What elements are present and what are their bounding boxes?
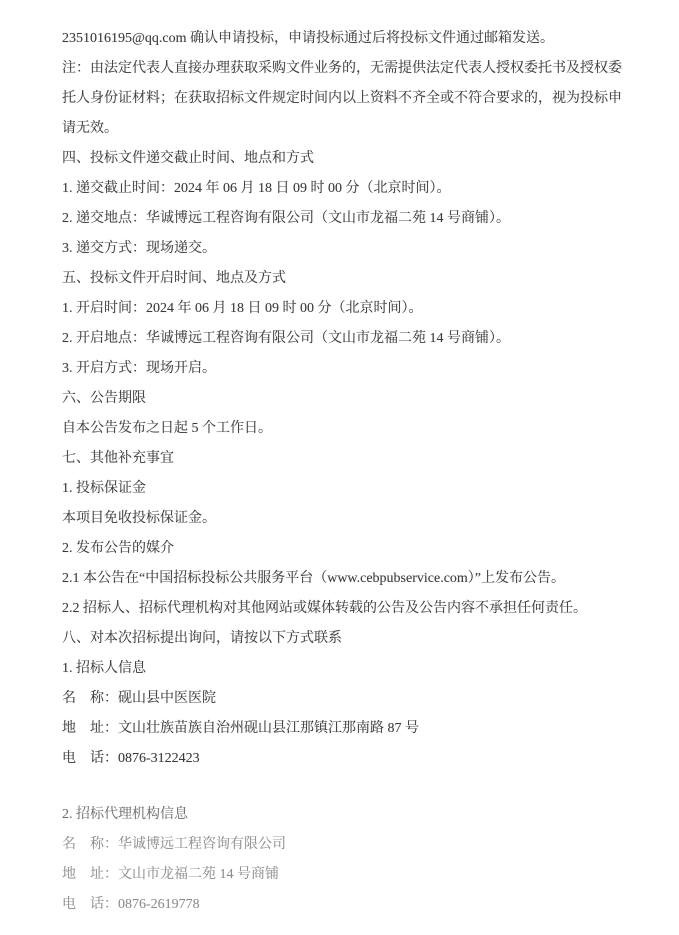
tenderer-address-line: 地 址：文山壮族苗族自治州砚山县江那镇江那南路 87 号 — [62, 714, 623, 744]
agency-info-block: 2. 招标代理机构信息 名 称：华诚博远工程咨询有限公司 地 址：文山市龙福二苑… — [62, 800, 623, 920]
submission-location-line: 2. 递交地点：华诚博远工程咨询有限公司（文山市龙福二苑 14 号商铺）。 — [62, 204, 623, 234]
submission-deadline-line: 1. 递交截止时间：2024 年 06 月 18 日 09 时 00 分（北京时… — [62, 174, 623, 204]
preamble-email-line: 2351016195@qq.com 确认申请投标，申请投标通过后将投标文件通过邮… — [62, 24, 623, 54]
submission-method-line: 3. 递交方式：现场递交。 — [62, 234, 623, 264]
opening-location-line: 2. 开启地点：华诚博远工程咨询有限公司（文山市龙福二苑 14 号商铺）。 — [62, 324, 623, 354]
section-opening: 五、投标文件开启时间、地点及方式 1. 开启时间：2024 年 06 月 18 … — [62, 264, 623, 384]
section-supplementary: 七、其他补充事宜 1. 投标保证金 本项目免收投标保证金。 2. 发布公告的媒介… — [62, 444, 623, 624]
tenderer-phone-line: 电 话：0876-3122423 — [62, 744, 623, 774]
tenderer-name-line: 名 称：砚山县中医医院 — [62, 684, 623, 714]
section-contact: 八、对本次招标提出询问，请按以下方式联系 1. 招标人信息 名 称：砚山县中医医… — [62, 624, 623, 920]
bid-bond-body: 本项目免收投标保证金。 — [62, 504, 623, 534]
preamble: 2351016195@qq.com 确认申请投标，申请投标通过后将投标文件通过邮… — [62, 24, 623, 144]
bid-bond-title: 1. 投标保证金 — [62, 474, 623, 504]
agency-name-line: 名 称：华诚博远工程咨询有限公司 — [62, 830, 623, 860]
tender-notice-page: 2351016195@qq.com 确认申请投标，申请投标通过后将投标文件通过邮… — [0, 0, 679, 935]
note-line-1: 注：由法定代表人直接办理获取采购文件业务的，无需提供法定代表人授权委托书及授权委 — [62, 54, 623, 84]
agency-phone-line: 电 话：0876-2619778 — [62, 890, 623, 920]
section-announcement-period-heading: 六、公告期限 — [62, 384, 623, 414]
section-submission: 四、投标文件递交截止时间、地点和方式 1. 递交截止时间：2024 年 06 月… — [62, 144, 623, 264]
tenderer-info-title: 1. 招标人信息 — [62, 654, 623, 684]
agency-info-title: 2. 招标代理机构信息 — [62, 800, 623, 830]
publish-media-title: 2. 发布公告的媒介 — [62, 534, 623, 564]
section-submission-heading: 四、投标文件递交截止时间、地点和方式 — [62, 144, 623, 174]
note-line-2: 托人身份证材料；在获取招标文件规定时间内以上资料不齐全或不符合要求的，视为投标申 — [62, 84, 623, 114]
opening-method-line: 3. 开启方式：现场开启。 — [62, 354, 623, 384]
note-line-3: 请无效。 — [62, 114, 623, 144]
section-opening-heading: 五、投标文件开启时间、地点及方式 — [62, 264, 623, 294]
section-contact-heading: 八、对本次招标提出询问，请按以下方式联系 — [62, 624, 623, 654]
agency-address-line: 地 址：文山市龙福二苑 14 号商铺 — [62, 860, 623, 890]
opening-time-line: 1. 开启时间：2024 年 06 月 18 日 09 时 00 分（北京时间）… — [62, 294, 623, 324]
publish-media-platform-line: 2.1 本公告在“中国招标投标公共服务平台（www.cebpubservice.… — [62, 564, 623, 594]
section-supplementary-heading: 七、其他补充事宜 — [62, 444, 623, 474]
announcement-period-body: 自本公告发布之日起 5 个工作日。 — [62, 414, 623, 444]
section-announcement-period: 六、公告期限 自本公告发布之日起 5 个工作日。 — [62, 384, 623, 444]
tenderer-info-block: 1. 招标人信息 名 称：砚山县中医医院 地 址：文山壮族苗族自治州砚山县江那镇… — [62, 654, 623, 774]
publish-media-disclaimer-line: 2.2 招标人、招标代理机构对其他网站或媒体转载的公告及公告内容不承担任何责任。 — [62, 594, 623, 624]
